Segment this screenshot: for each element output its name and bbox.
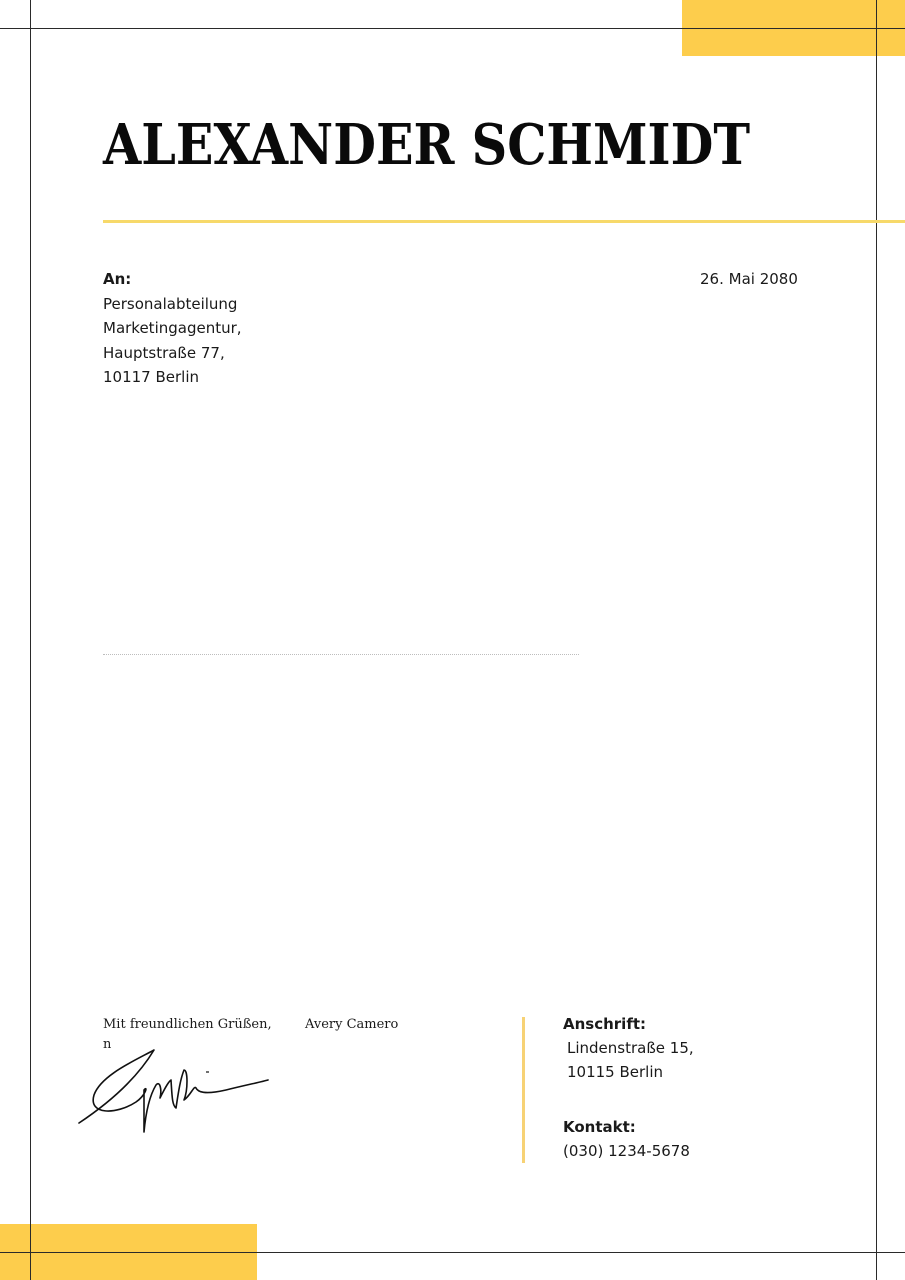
- recipient-line: Personalabteilung: [103, 292, 242, 317]
- page-title: ALEXANDER SCHMIDT: [103, 112, 750, 178]
- title-divider: [103, 220, 905, 223]
- address-line: Lindenstraße 15,: [563, 1036, 694, 1060]
- frame-line-right: [876, 0, 877, 1280]
- recipient-line: 10117 Berlin: [103, 365, 242, 390]
- letter-date: 26. Mai 2080: [700, 267, 798, 291]
- frame-line-left: [30, 0, 31, 1280]
- contact-accent-bar: [522, 1017, 525, 1163]
- contact-block: Anschrift: Lindenstraße 15, 10115 Berlin…: [563, 1012, 694, 1163]
- recipient-line: Marketingagentur,: [103, 316, 242, 341]
- closing-greeting: Mit freundlichen Grüßen,: [103, 1015, 293, 1035]
- address-line: 10115 Berlin: [563, 1060, 694, 1084]
- contact-label: Kontakt:: [563, 1115, 694, 1139]
- recipient-label: An:: [103, 267, 242, 292]
- phone-number: (030) 1234-5678: [563, 1139, 694, 1163]
- recipient-line: Hauptstraße 77,: [103, 341, 242, 366]
- sender-name: Avery Camero: [305, 1015, 398, 1035]
- address-label: Anschrift:: [563, 1012, 694, 1036]
- frame-line-bottom: [0, 1252, 905, 1253]
- signature-image: [76, 1040, 276, 1140]
- recipient-block: An: Personalabteilung Marketingagentur, …: [103, 267, 242, 390]
- frame-line-top: [0, 28, 905, 29]
- body-divider: [103, 654, 579, 655]
